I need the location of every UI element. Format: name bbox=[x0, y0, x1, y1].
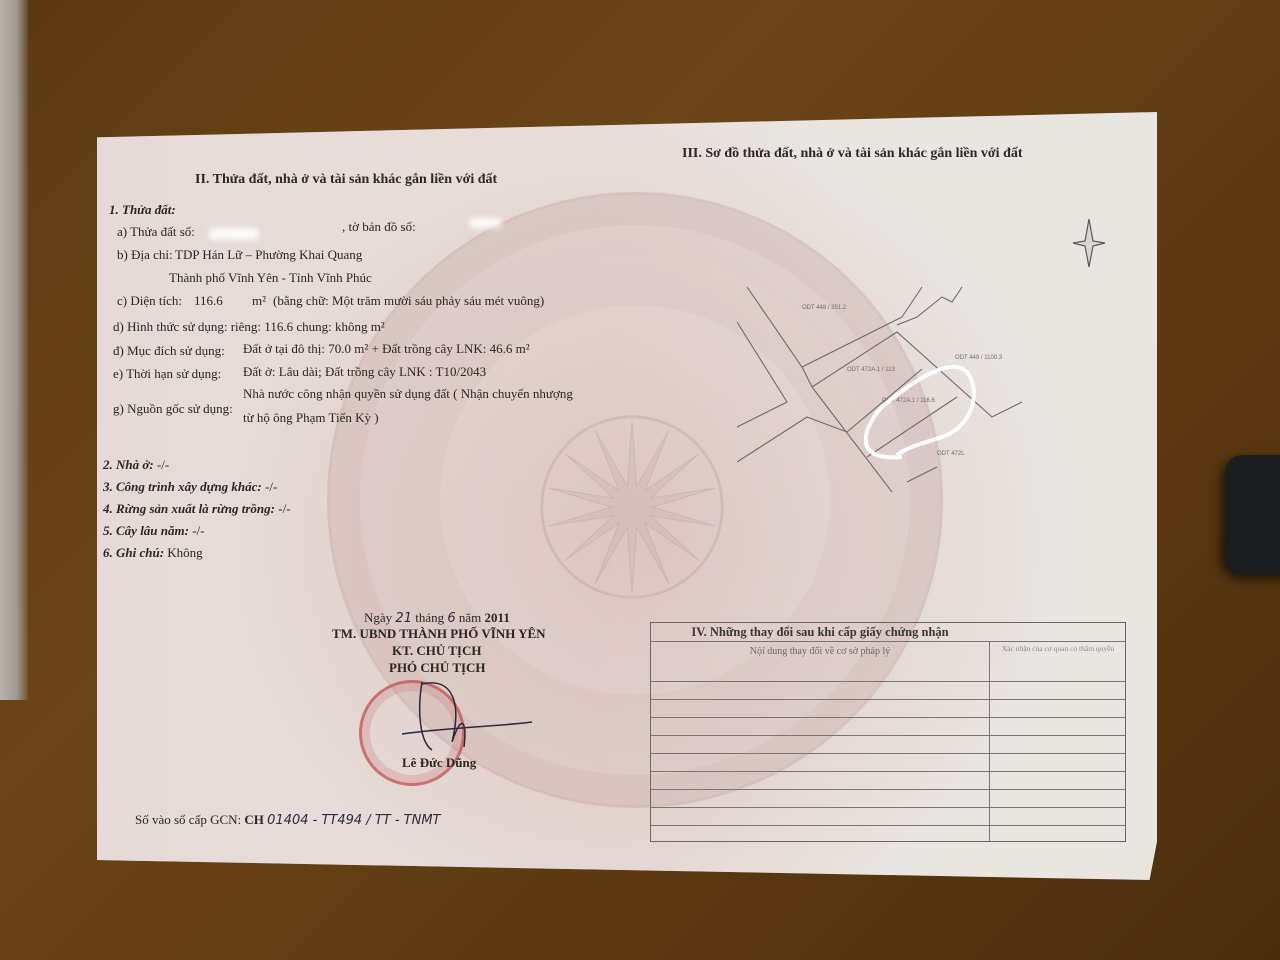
other-item-value: -/- bbox=[265, 479, 277, 494]
signature-scribble bbox=[392, 672, 542, 767]
changes-row bbox=[651, 699, 1125, 700]
parcel-no-label: a) Thửa đất số: bbox=[117, 224, 195, 240]
other-item: 6. Ghi chú: Không bbox=[103, 545, 203, 561]
register-prefix: CH bbox=[244, 812, 264, 827]
changes-table: IV. Những thay đổi sau khi cấp giấy chứn… bbox=[650, 622, 1126, 842]
parcel-no-redacted bbox=[209, 228, 259, 240]
date-month: 6 bbox=[447, 611, 455, 626]
highlight-circle bbox=[866, 367, 974, 458]
other-item-label: 5. Cây lâu năm: bbox=[103, 523, 192, 538]
svg-text:ODT 449 / 1100.3: ODT 449 / 1100.3 bbox=[955, 355, 1003, 361]
other-item-label: 4. Rừng sản xuất là rừng trồng: bbox=[103, 501, 278, 516]
other-item-value: Không bbox=[167, 545, 202, 560]
changes-row bbox=[651, 771, 1125, 772]
term-value: Đất ở: Lâu dài; Đất trồng cây LNK : T10/… bbox=[243, 364, 486, 380]
changes-row bbox=[651, 735, 1125, 736]
area-words: (bằng chữ: Một trăm mười sáu phảy sáu mé… bbox=[273, 293, 544, 309]
register-number: 01404 - TT494 / TT - TNMT bbox=[267, 813, 440, 828]
changes-row bbox=[651, 807, 1125, 808]
parcel-sketch-map: ODT 448 / 351.2 ODT 449 / 1100.3 ODT 472… bbox=[737, 277, 1067, 537]
usage-form: d) Hình thức sử dụng: riêng: 116.6 chung… bbox=[113, 319, 385, 335]
other-item: 2. Nhà ở: -/- bbox=[103, 457, 169, 473]
north-arrow-icon bbox=[1069, 215, 1109, 271]
address-line1: TDP Hán Lữ – Phường Khai Quang bbox=[175, 247, 362, 263]
register-line: Số vào sổ cấp GCN: CH 01404 - TT494 / TT… bbox=[135, 812, 440, 828]
signing-role1: KT. CHỦ TỊCH bbox=[392, 643, 481, 659]
origin-line2: từ hộ ông Phạm Tiến Kỳ ) bbox=[243, 410, 379, 426]
changes-row bbox=[651, 825, 1125, 826]
month-label: tháng bbox=[415, 610, 444, 625]
changes-table-title: IV. Những thay đổi sau khi cấp giấy chứn… bbox=[651, 623, 989, 641]
phone-corner bbox=[1225, 455, 1280, 575]
other-item: 3. Công trình xây dựng khác: -/- bbox=[103, 479, 277, 495]
star-watermark-icon bbox=[537, 412, 727, 602]
other-item-label: 6. Ghi chú: bbox=[103, 545, 167, 560]
other-item-label: 2. Nhà ở: bbox=[103, 457, 157, 472]
section-iii-title: III. Sơ đồ thửa đất, nhà ở và tài sản kh… bbox=[682, 146, 1023, 162]
map-sheet-redacted bbox=[469, 218, 501, 228]
year-label: năm bbox=[459, 610, 481, 625]
land-heading: 1. Thửa đất: bbox=[109, 202, 176, 218]
register-label: Số vào sổ cấp GCN: bbox=[135, 812, 241, 827]
section-ii-title: II. Thửa đất, nhà ở và tài sản khác gắn … bbox=[195, 172, 497, 188]
other-item-label: 3. Công trình xây dựng khác: bbox=[103, 479, 265, 494]
svg-text:ODT 472L: ODT 472L bbox=[937, 451, 965, 457]
other-item: 5. Cây lâu năm: -/- bbox=[103, 523, 205, 539]
address-label: b) Địa chỉ: bbox=[117, 247, 173, 263]
area-label: c) Diện tích: bbox=[117, 293, 182, 309]
other-item: 4. Rừng sản xuất là rừng trồng: -/- bbox=[103, 501, 291, 517]
origin-line1: Nhà nước công nhận quyền sử dụng đất ( N… bbox=[243, 386, 573, 402]
address-line2: Thành phố Vĩnh Yên - Tỉnh Vĩnh Phúc bbox=[169, 270, 372, 286]
plastic-sleeve bbox=[0, 0, 28, 700]
term-label: e) Thời hạn sử dụng: bbox=[113, 366, 221, 382]
changes-col-content: Nội dung thay đổi về cơ sở pháp lý bbox=[651, 643, 989, 661]
area-value: 116.6 bbox=[194, 293, 223, 309]
purpose-value: Đất ở tại đô thị: 70.0 m² + Đất trồng câ… bbox=[243, 341, 530, 357]
date-year: 2011 bbox=[485, 610, 510, 625]
other-item-value: -/- bbox=[278, 501, 290, 516]
date-prefix: Ngày bbox=[364, 610, 392, 625]
signer-name: Lê Đức Dũng bbox=[402, 755, 476, 771]
changes-row bbox=[651, 717, 1125, 718]
date-day: 21 bbox=[395, 611, 412, 626]
land-certificate-page: II. Thửa đất, nhà ở và tài sản khác gắn … bbox=[97, 112, 1157, 880]
changes-col-confirmation: Xác nhận của cơ quan có thẩm quyền bbox=[991, 643, 1125, 654]
svg-text:ODT 472A.1 / 113: ODT 472A.1 / 113 bbox=[847, 367, 895, 373]
area-unit: m² bbox=[252, 293, 266, 309]
signing-org: TM. UBND THÀNH PHỐ VĨNH YÊN bbox=[332, 626, 546, 642]
purpose-label: đ) Mục đích sử dụng: bbox=[113, 343, 225, 359]
changes-row bbox=[651, 681, 1125, 682]
origin-label: g) Nguồn gốc sử dụng: bbox=[113, 401, 233, 417]
map-sheet-label: , tờ bản đồ số: bbox=[342, 219, 416, 235]
svg-text:ODT 448 / 351.2: ODT 448 / 351.2 bbox=[802, 305, 847, 311]
changes-row bbox=[651, 753, 1125, 754]
other-item-value: -/- bbox=[157, 457, 169, 472]
date-line: Ngày 21 tháng 6 năm 2011 bbox=[364, 610, 510, 626]
changes-row bbox=[651, 789, 1125, 790]
other-item-value: -/- bbox=[192, 523, 204, 538]
